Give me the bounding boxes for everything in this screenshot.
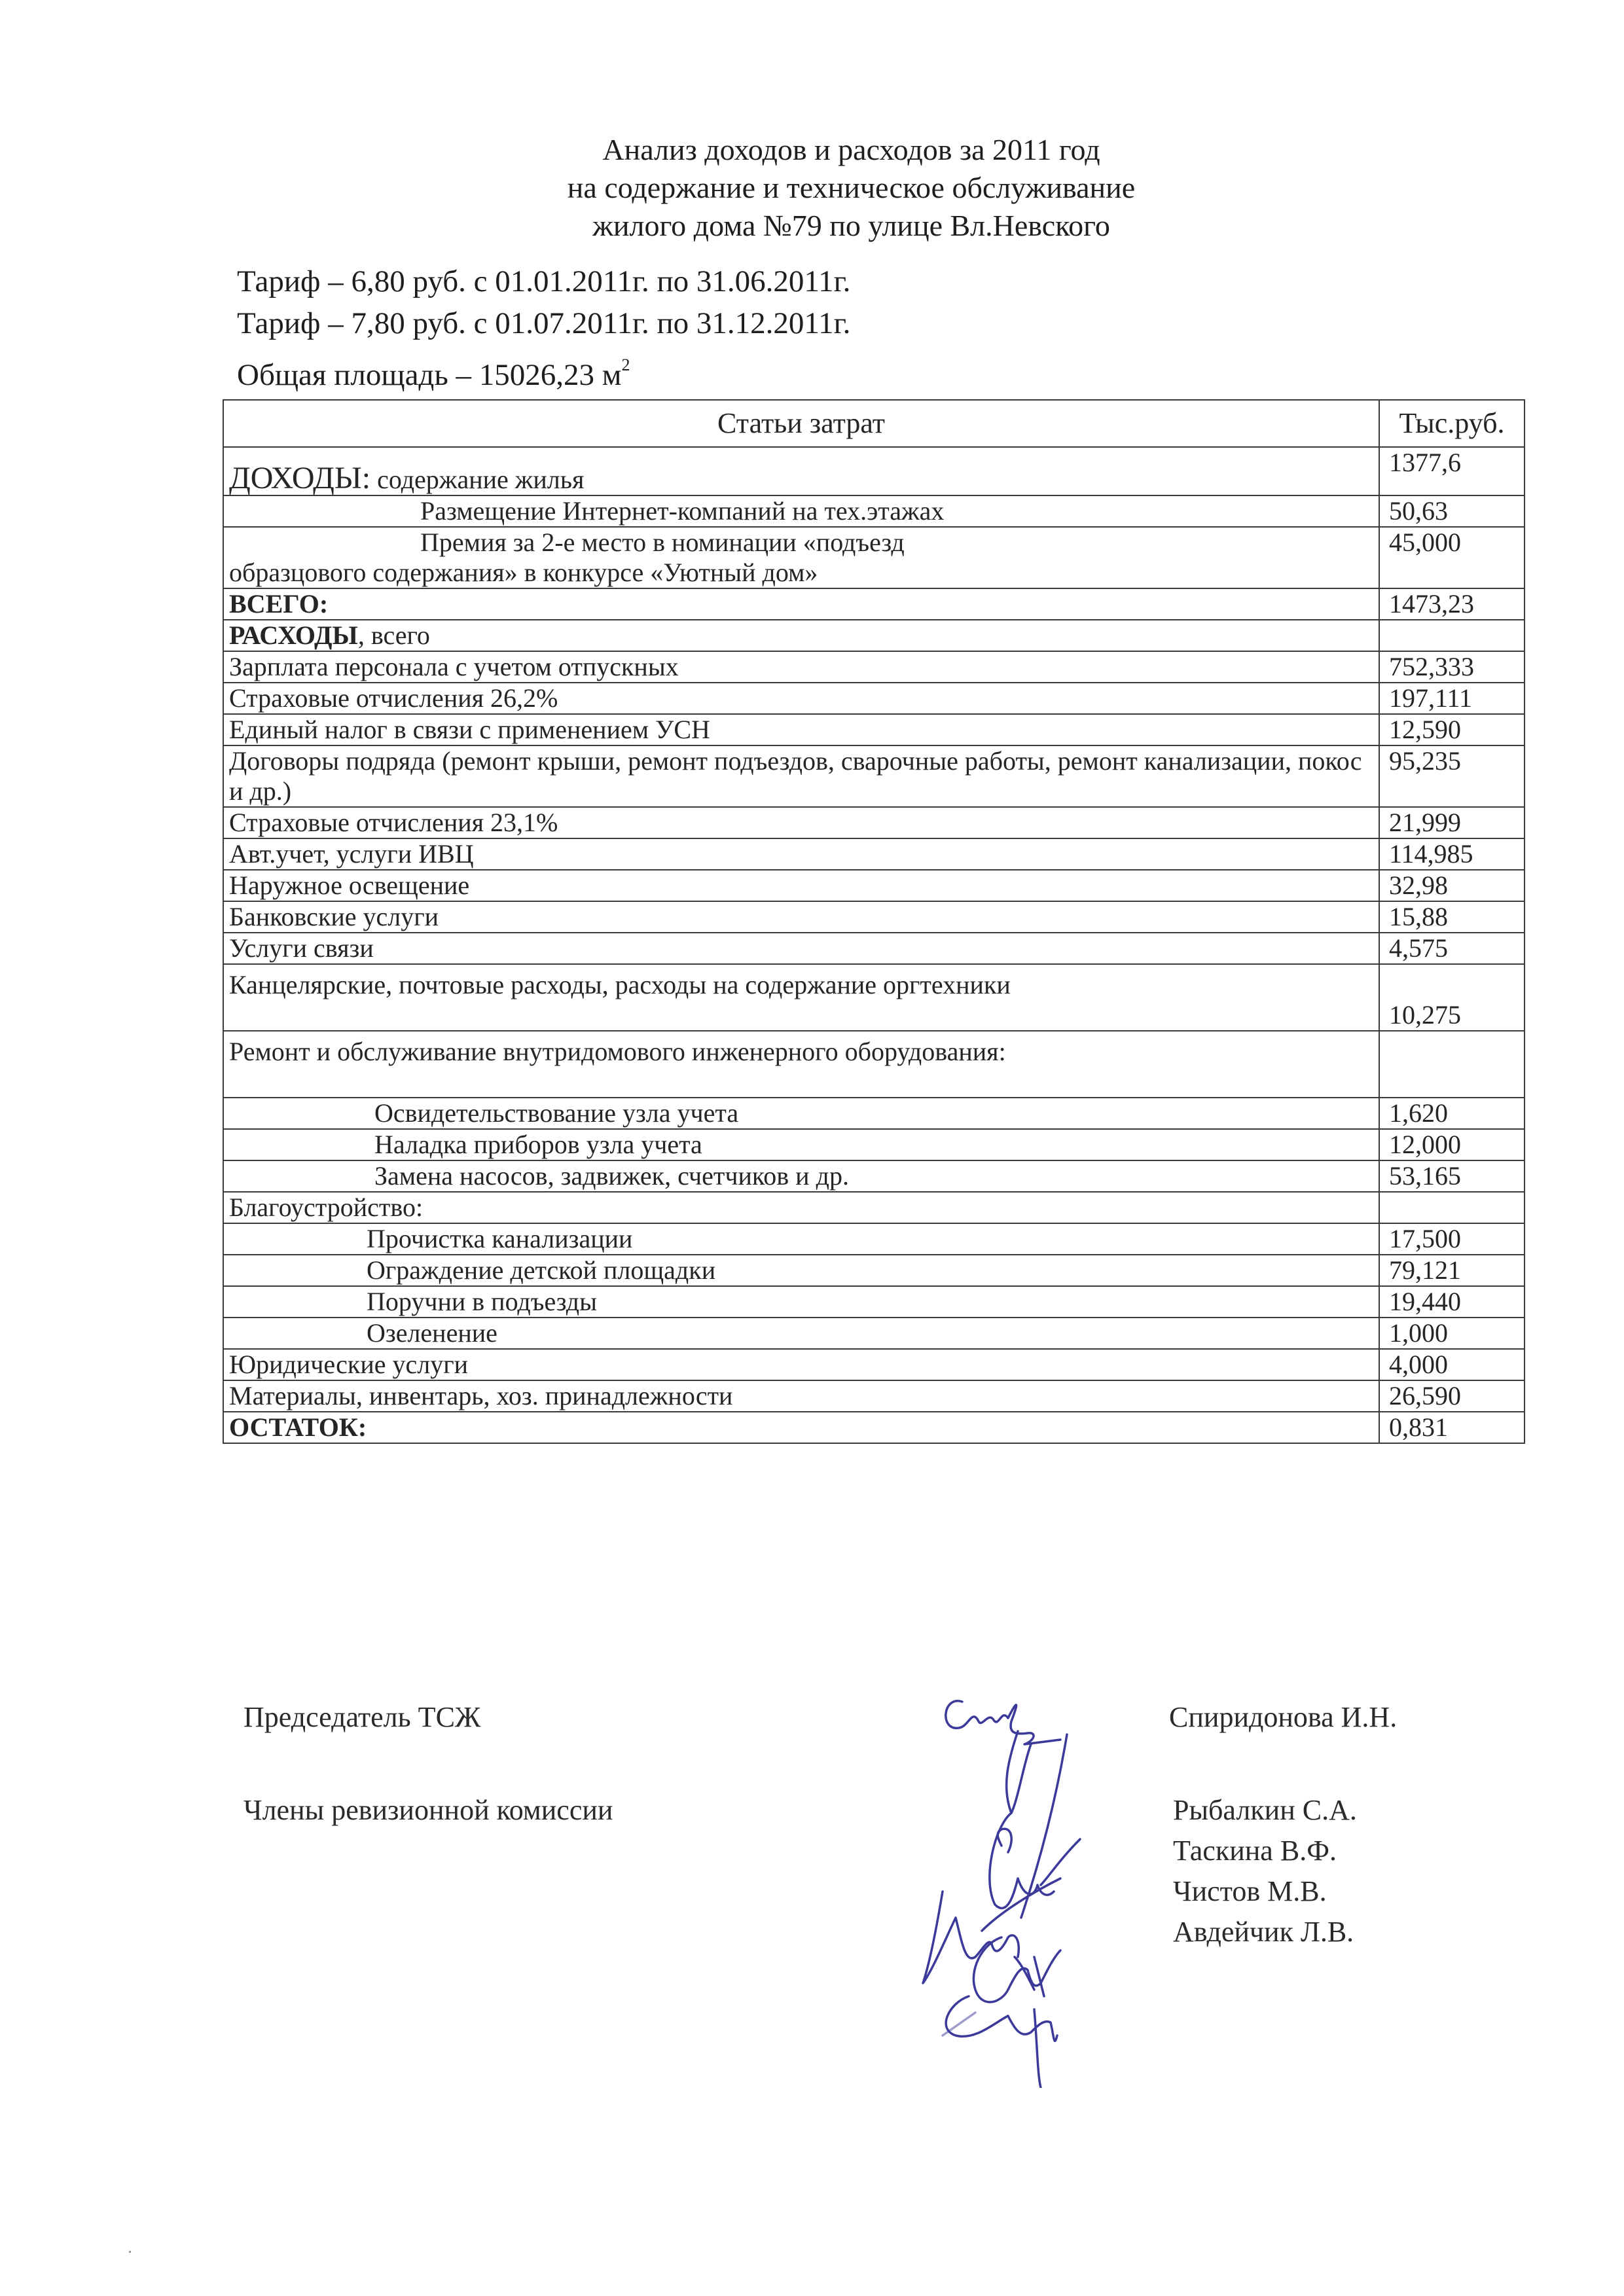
row-value: 53,165 — [1379, 1160, 1525, 1192]
row-label: Наружное освещение — [223, 870, 1379, 901]
row-label: Размещение Интернет-компаний на тех.этаж… — [223, 495, 1379, 527]
row-label: Канцелярские, почтовые расходы, расходы … — [223, 964, 1379, 1031]
row-value: 19,440 — [1379, 1286, 1525, 1318]
table-row: Наладка приборов узла учета 12,000 — [223, 1129, 1525, 1160]
row-label: Зарплата персонала с учетом отпускных — [223, 651, 1379, 683]
row-label: Озеленение — [223, 1318, 1379, 1349]
row-value — [1379, 1192, 1525, 1223]
commission-member-4: Авдейчик Л.В. — [1173, 1915, 1354, 1948]
header-thousand-rub: Тыс.руб. — [1379, 400, 1525, 447]
row-label: Замена насосов, задвижек, счетчиков и др… — [223, 1160, 1379, 1192]
income-expense-table: Статьи затрат Тыс.руб. ДОХОДЫ: содержани… — [223, 399, 1525, 1444]
row-value — [1379, 620, 1525, 651]
area-unit-superscript: 2 — [622, 355, 630, 374]
table-row: ДОХОДЫ: содержание жилья 1377,6 — [223, 447, 1525, 495]
chairman-label: Председатель ТСЖ — [244, 1700, 480, 1734]
tariff-1: Тариф – 6,80 руб. с 01.01.2011г. по 31.0… — [237, 260, 850, 302]
table-row: РАСХОДЫ, всего — [223, 620, 1525, 651]
row-label: Авт.учет, услуги ИВЦ — [223, 838, 1379, 870]
row-value: 10,275 — [1379, 964, 1525, 1031]
row-value: 17,500 — [1379, 1223, 1525, 1255]
row-value: 26,590 — [1379, 1380, 1525, 1412]
row-value: 12,000 — [1379, 1129, 1525, 1160]
row-value: 1377,6 — [1379, 447, 1525, 495]
expenses-lead: РАСХОДЫ — [229, 620, 358, 650]
table-row: ОСТАТОК: 0,831 — [223, 1412, 1525, 1443]
row-label: Услуги связи — [223, 933, 1379, 964]
table-row: Единый налог в связи с применением УСН 1… — [223, 714, 1525, 745]
title-line-1: Анализ доходов и расходов за 2011 год — [0, 131, 1624, 169]
table-row: Услуги связи 4,575 — [223, 933, 1525, 964]
table-row: Наружное освещение 32,98 — [223, 870, 1525, 901]
table-row: Договоры подряда (ремонт крыши, ремонт п… — [223, 745, 1525, 807]
table-row: Размещение Интернет-компаний на тех.этаж… — [223, 495, 1525, 527]
row-label: Банковские услуги — [223, 901, 1379, 933]
table-row: Замена насосов, задвижек, счетчиков и др… — [223, 1160, 1525, 1192]
row-label: Поручни в подъезды — [223, 1286, 1379, 1318]
row-value: 4,000 — [1379, 1349, 1525, 1380]
row-value: 4,575 — [1379, 933, 1525, 964]
row-value: 1473,23 — [1379, 588, 1525, 620]
row-value: 12,590 — [1379, 714, 1525, 745]
row-value: 45,000 — [1379, 527, 1525, 588]
row-value: 15,88 — [1379, 901, 1525, 933]
row-value: 21,999 — [1379, 807, 1525, 838]
row-value: 32,98 — [1379, 870, 1525, 901]
row-label: Ограждение детской площадки — [223, 1255, 1379, 1286]
row-label: Ремонт и обслуживание внутридомового инж… — [223, 1031, 1379, 1098]
table-row: Материалы, инвентарь, хоз. принадлежност… — [223, 1380, 1525, 1412]
row-label-total: ВСЕГО: — [223, 588, 1379, 620]
row-label: Договоры подряда (ремонт крыши, ремонт п… — [223, 745, 1379, 807]
row-value: 95,235 — [1379, 745, 1525, 807]
table-header-row: Статьи затрат Тыс.руб. — [223, 400, 1525, 447]
table-row: Прочистка канализации 17,500 — [223, 1223, 1525, 1255]
row-label: РАСХОДЫ, всего — [223, 620, 1379, 651]
row-label: Премия за 2-е место в номинации «подъезд… — [223, 527, 1379, 588]
row-value: 114,985 — [1379, 838, 1525, 870]
table-row: Страховые отчисления 23,1% 21,999 — [223, 807, 1525, 838]
row-label: Освидетельствование узла учета — [223, 1098, 1379, 1129]
tariff-info: Тариф – 6,80 руб. с 01.01.2011г. по 31.0… — [237, 260, 850, 396]
row-value: 752,333 — [1379, 651, 1525, 683]
table-row: Банковские услуги 15,88 — [223, 901, 1525, 933]
scan-speck — [129, 2251, 131, 2253]
row-label: Юридические услуги — [223, 1349, 1379, 1380]
table-row: Страховые отчисления 26,2% 197,111 — [223, 683, 1525, 714]
commission-member-1: Рыбалкин С.А. — [1173, 1793, 1357, 1827]
title-line-2: на содержание и техническое обслуживание — [0, 169, 1624, 207]
table-row: Освидетельствование узла учета 1,620 — [223, 1098, 1525, 1129]
row-value: 1,000 — [1379, 1318, 1525, 1349]
title-line-3: жилого дома №79 по улице Вл.Невского — [0, 207, 1624, 245]
total-area-label: Общая площадь – 15026,23 м — [237, 358, 622, 392]
handwritten-signatures-icon — [903, 1682, 1178, 2088]
chairman-name: Спиридонова И.Н. — [1169, 1700, 1397, 1734]
row-label: ДОХОДЫ: содержание жилья — [223, 447, 1379, 495]
row-value — [1379, 1031, 1525, 1098]
row-label: Страховые отчисления 26,2% — [223, 683, 1379, 714]
table-row: Озеленение 1,000 — [223, 1318, 1525, 1349]
row-label: Благоустройство: — [223, 1192, 1379, 1223]
table-row: Канцелярские, почтовые расходы, расходы … — [223, 964, 1525, 1031]
commission-label: Члены ревизионной комиссии — [244, 1793, 613, 1827]
row-value: 79,121 — [1379, 1255, 1525, 1286]
table-row: Зарплата персонала с учетом отпускных 75… — [223, 651, 1525, 683]
row-value: 50,63 — [1379, 495, 1525, 527]
commission-member-2: Таскина В.Ф. — [1173, 1834, 1337, 1867]
table-row: Ремонт и обслуживание внутридомового инж… — [223, 1031, 1525, 1098]
table-row: Юридические услуги 4,000 — [223, 1349, 1525, 1380]
row-label: Наладка приборов узла учета — [223, 1129, 1379, 1160]
commission-member-3: Чистов М.В. — [1173, 1874, 1327, 1908]
row-value: 197,111 — [1379, 683, 1525, 714]
total-area: Общая площадь – 15026,23 м2 — [237, 344, 850, 396]
row-value: 1,620 — [1379, 1098, 1525, 1129]
row-value: 0,831 — [1379, 1412, 1525, 1443]
table-row: Премия за 2-е место в номинации «подъезд… — [223, 527, 1525, 588]
table-row: Поручни в подъезды 19,440 — [223, 1286, 1525, 1318]
table-row: Благоустройство: — [223, 1192, 1525, 1223]
row-label: Прочистка канализации — [223, 1223, 1379, 1255]
document-title: Анализ доходов и расходов за 2011 год на… — [0, 131, 1624, 245]
row-label: Единый налог в связи с применением УСН — [223, 714, 1379, 745]
header-cost-items: Статьи затрат — [223, 400, 1379, 447]
table-row: Ограждение детской площадки 79,121 — [223, 1255, 1525, 1286]
row-label-balance: ОСТАТОК: — [223, 1412, 1379, 1443]
tariff-2: Тариф – 7,80 руб. с 01.07.2011г. по 31.1… — [237, 302, 850, 344]
row-label: Страховые отчисления 23,1% — [223, 807, 1379, 838]
table-row: Авт.учет, услуги ИВЦ 114,985 — [223, 838, 1525, 870]
table-row: ВСЕГО: 1473,23 — [223, 588, 1525, 620]
row-label: Материалы, инвентарь, хоз. принадлежност… — [223, 1380, 1379, 1412]
income-lead: ДОХОДЫ: — [229, 461, 370, 495]
